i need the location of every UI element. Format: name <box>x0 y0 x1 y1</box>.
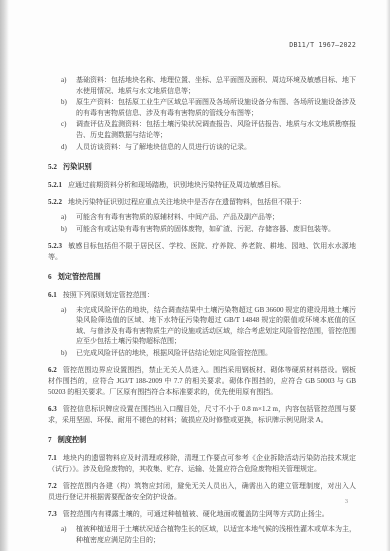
clause-text: 按照下列原则划定管控范围： <box>63 291 154 299</box>
list-text: 植被种植适用于土壤状况适合植物生长的区域，以适宜本地气候的浅根性灌木或草本为主，… <box>76 524 356 545</box>
clause-number: 5.2.3 <box>48 242 62 250</box>
list-marker: a) <box>61 305 76 347</box>
list-text: 已完成风险评估的地块，根据风险评估结论划定风险管控范围。 <box>76 348 356 359</box>
list-marker: b) <box>61 224 76 235</box>
list-text: 可能含有或沾染有毒有害物质的固体废物，如矿渣、污泥、存储容器、废旧包装等。 <box>76 224 356 235</box>
clause: 5.2.2地块污染特征识别过程应重点关注地块中是否存在遗留物料，包括但不限于： <box>48 197 356 208</box>
section-title: 污染识别 <box>63 163 92 171</box>
clause-number: 5.2.1 <box>48 181 62 189</box>
section-number: 7 <box>48 436 52 444</box>
section-heading: 5.2污染识别 <box>48 162 356 173</box>
clause-number: 7.1 <box>48 454 57 462</box>
list-text: 人员访谈资料：与了解地块信息的人员进行访谈的记录。 <box>76 142 356 153</box>
list-marker: a) <box>61 75 76 96</box>
list-item: a) 植被种植适用于土壤状况适合植物生长的区域，以适宜本地气候的浅根性灌木或草本… <box>48 524 356 545</box>
list-item: b) 原生产资料：包括原工业生产区域总平面图及各场所设施设备分布图、各场所设施设… <box>48 97 356 118</box>
list-marker: a) <box>61 524 76 545</box>
clause-text: 管控范围内有裸露土壤的，可通过种植植被、硬化地面或覆盖防尘网等方式防止扬尘。 <box>63 510 329 518</box>
clause-number: 5.2.2 <box>48 198 62 206</box>
list-item: b) 可能含有或沾染有毒有害物质的固体废物，如矿渣、污泥、存储容器、废旧包装等。 <box>48 224 356 235</box>
list-item: a) 未完成风险评估的地块，结合调查结果中土壤污染物超过 GB 36600 规定… <box>48 305 356 347</box>
list-text: 基础资料：包括地块名称、地理位置、坐标、总平面图及面积、周边环境及敏感目标、地下… <box>76 75 356 96</box>
section-title: 制度控制 <box>58 436 87 444</box>
list-text: 可能含有有毒有害物质的原辅材料、中间产品、产品及副产品等； <box>76 212 356 223</box>
clause-number: 6.3 <box>48 405 57 413</box>
clause-number: 6.2 <box>48 366 57 374</box>
scan-edge-right <box>386 0 390 551</box>
clause: 6.3管控信息标识牌应设置在围挡出入口醒目处，尺寸不小于 0.8 m×1.2 m… <box>48 404 356 425</box>
list-text: 原生产资料：包括原工业生产区域总平面图及各场所设施设备分布图、各场所设施设备涉及… <box>76 97 356 118</box>
section-title: 划定管控范围 <box>58 273 101 281</box>
clause-text: 地块内的遗留物料应及时清理或移除，清理工作要点可参考《企业拆除活动污染防治技术规… <box>48 454 356 473</box>
clause-number: 7.2 <box>48 482 57 490</box>
clause-text: 应通过前期资料分析和现场踏勘，识别地块污染特征及周边敏感目标。 <box>68 181 285 189</box>
section-number: 6 <box>48 273 52 281</box>
clause: 5.2.1应通过前期资料分析和现场踏勘，识别地块污染特征及周边敏感目标。 <box>48 180 356 191</box>
clause: 7.1地块内的遗留物料应及时清理或移除，清理工作要点可参考《企业拆除活动污染防治… <box>48 453 356 474</box>
section-heading: 7制度控制 <box>48 435 356 446</box>
page-number: 3 <box>345 498 348 505</box>
clause: 7.3管控范围内有裸露土壤的，可通过种植植被、硬化地面或覆盖防尘网等方式防止扬尘… <box>48 509 356 520</box>
list-text: 调查评估及监测资料：包括土壤污染状况调查报告、风险评估报告、地质与水文地质勘察报… <box>76 119 356 140</box>
section-heading: 6划定管控范围 <box>48 272 356 283</box>
scan-edge-left <box>0 0 9 551</box>
list-item: c) 调查评估及监测资料：包括土壤污染状况调查报告、风险评估报告、地质与水文地质… <box>48 119 356 140</box>
list-marker: c) <box>61 119 76 140</box>
clause-number: 6.1 <box>48 291 57 299</box>
list-item: b) 已完成风险评估的地块，根据风险评估结论划定风险管控范围。 <box>48 348 356 359</box>
list-marker: d) <box>61 142 76 153</box>
list-marker: b) <box>61 97 76 118</box>
list-text: 未完成风险评估的地块，结合调查结果中土壤污染物超过 GB 36600 规定的建设… <box>76 305 356 347</box>
document-code: DB11/T 1967—2022 <box>289 41 356 49</box>
clause-text: 管控信息标识牌应设置在围挡出入口醒目处，尺寸不小于 0.8 m×1.2 m，内容… <box>48 405 356 424</box>
clause-text: 管控范围边界应设置围挡，禁止无关人员进入。围挡采用钢板材、砌体等硬质材料搭设。钢… <box>48 366 356 395</box>
document-page: DB11/T 1967—2022 a) 基础资料：包括地块名称、地理位置、坐标、… <box>0 0 390 551</box>
document-body: a) 基础资料：包括地块名称、地理位置、坐标、总平面图及面积、周边环境及敏感目标… <box>48 74 356 545</box>
clause: 5.2.3敏感目标包括但不限于居民区、学校、医院、疗养院、养老院、耕地、园地、饮… <box>48 241 356 262</box>
clause: 6.1按照下列原则划定管控范围： <box>48 290 356 301</box>
list-marker: a) <box>61 212 76 223</box>
clause-number: 7.3 <box>48 510 57 518</box>
list-item: a) 可能含有有毒有害物质的原辅材料、中间产品、产品及副产品等； <box>48 212 356 223</box>
clause: 6.2管控范围边界应设置围挡，禁止无关人员进入。围挡采用钢板材、砌体等硬质材料搭… <box>48 365 356 397</box>
list-item: a) 基础资料：包括地块名称、地理位置、坐标、总平面图及面积、周边环境及敏感目标… <box>48 75 356 96</box>
clause-text: 敏感目标包括但不限于居民区、学校、医院、疗养院、养老院、耕地、园地、饮用水水源地… <box>48 242 356 261</box>
list-marker: b) <box>61 348 76 359</box>
list-item: d) 人员访谈资料：与了解地块信息的人员进行访谈的记录。 <box>48 142 356 153</box>
clause-text: 管控范围内各建（构）筑物应封闭，避免无关人员出入，确需出入的建立管理制度，对出入… <box>48 482 356 501</box>
clause: 7.2管控范围内各建（构）筑物应封闭，避免无关人员出入，确需出入的建立管理制度，… <box>48 481 356 502</box>
clause-text: 地块污染特征识别过程应重点关注地块中是否存在遗留物料，包括但不限于： <box>68 198 306 206</box>
section-number: 5.2 <box>48 163 57 171</box>
